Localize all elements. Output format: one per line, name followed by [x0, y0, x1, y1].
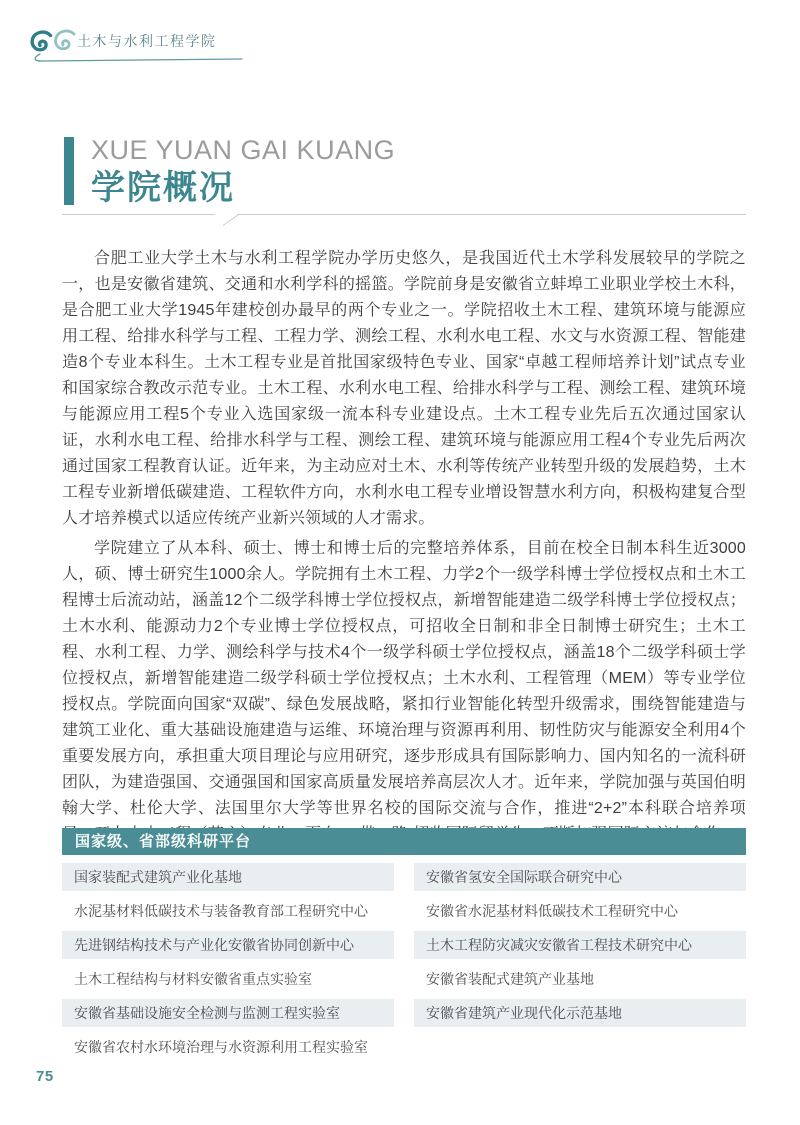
platform-cell-right: 安徽省氢安全国际联合研究中心 — [414, 863, 746, 891]
college-name-label: 土木与水利工程学院 — [77, 31, 217, 51]
research-platforms-section: 国家级、省部级科研平台 国家装配式建筑产业化基地 安徽省氢安全国际联合研究中心 … — [62, 828, 746, 1067]
platform-cell-left: 水泥基材料低碳技术与装备教育部工程研究中心 — [62, 897, 394, 925]
article-paragraph-2: 学院建立了从本科、硕士、博士和博士后的完整培养体系，目前在校全日制本科生近300… — [62, 536, 746, 848]
section-title-pinyin: XUE YUAN GAI KUANG — [91, 137, 395, 164]
platform-row: 水泥基材料低碳技术与装备教育部工程研究中心 安徽省水泥基材料低碳技术工程研究中心 — [62, 897, 746, 925]
overview-article: 合肥工业大学土木与水利工程学院办学历史悠久，是我国近代土木学科发展较早的学院之一… — [62, 246, 746, 852]
platforms-table-body: 国家装配式建筑产业化基地 安徽省氢安全国际联合研究中心 水泥基材料低碳技术与装备… — [62, 863, 746, 1061]
platform-cell-right: 土木工程防灾减灾安徽省工程技术研究中心 — [414, 931, 746, 959]
platform-cell-right-empty — [414, 1033, 746, 1061]
divider-right-segment — [237, 214, 746, 215]
platform-cell-left: 国家装配式建筑产业化基地 — [62, 863, 394, 891]
platform-row: 安徽省基础设施安全检测与监测工程实验室 安徽省建筑产业现代化示范基地 — [62, 999, 746, 1027]
platform-cell-left: 安徽省基础设施安全检测与监测工程实验室 — [62, 999, 394, 1027]
wave-swirl-dark — [32, 32, 50, 50]
page-number: 75 — [36, 1068, 54, 1085]
platform-cell-right: 安徽省建筑产业现代化示范基地 — [414, 999, 746, 1027]
platforms-table-header: 国家级、省部级科研平台 — [62, 828, 746, 855]
title-divider — [62, 214, 746, 230]
platform-row: 安徽省农村水环境治理与水资源利用工程实验室 — [62, 1033, 746, 1061]
divider-slash-mark — [223, 215, 238, 226]
platform-cell-right: 安徽省装配式建筑产业基地 — [414, 965, 746, 993]
platform-cell-left: 先进钢结构技术与产业化安徽省协同创新中心 — [62, 931, 394, 959]
platform-row: 先进钢结构技术与产业化安徽省协同创新中心 土木工程防灾减灾安徽省工程技术研究中心 — [62, 931, 746, 959]
divider-left-segment — [62, 214, 215, 215]
platform-row: 国家装配式建筑产业化基地 安徽省氢安全国际联合研究中心 — [62, 863, 746, 891]
article-paragraph-1: 合肥工业大学土木与水利工程学院办学历史悠久，是我国近代土木学科发展较早的学院之一… — [62, 246, 746, 532]
platform-cell-left: 安徽省农村水环境治理与水资源利用工程实验室 — [62, 1033, 394, 1061]
platform-cell-left: 土木工程结构与材料安徽省重点实验室 — [62, 965, 394, 993]
platform-row: 土木工程结构与材料安徽省重点实验室 安徽省装配式建筑产业基地 — [62, 965, 746, 993]
header-underline-swoosh — [35, 54, 242, 61]
section-title-block: XUE YUAN GAI KUANG 学院概况 — [64, 137, 395, 205]
platform-cell-right: 安徽省水泥基材料低碳技术工程研究中心 — [414, 897, 746, 925]
wave-swirl-light — [56, 31, 74, 49]
section-title: 学院概况 — [91, 171, 395, 205]
brochure-page: { "header": { "college_name": "土木与水利工程学院… — [0, 0, 800, 1125]
page-header: 土木与水利工程学院 — [0, 0, 800, 70]
